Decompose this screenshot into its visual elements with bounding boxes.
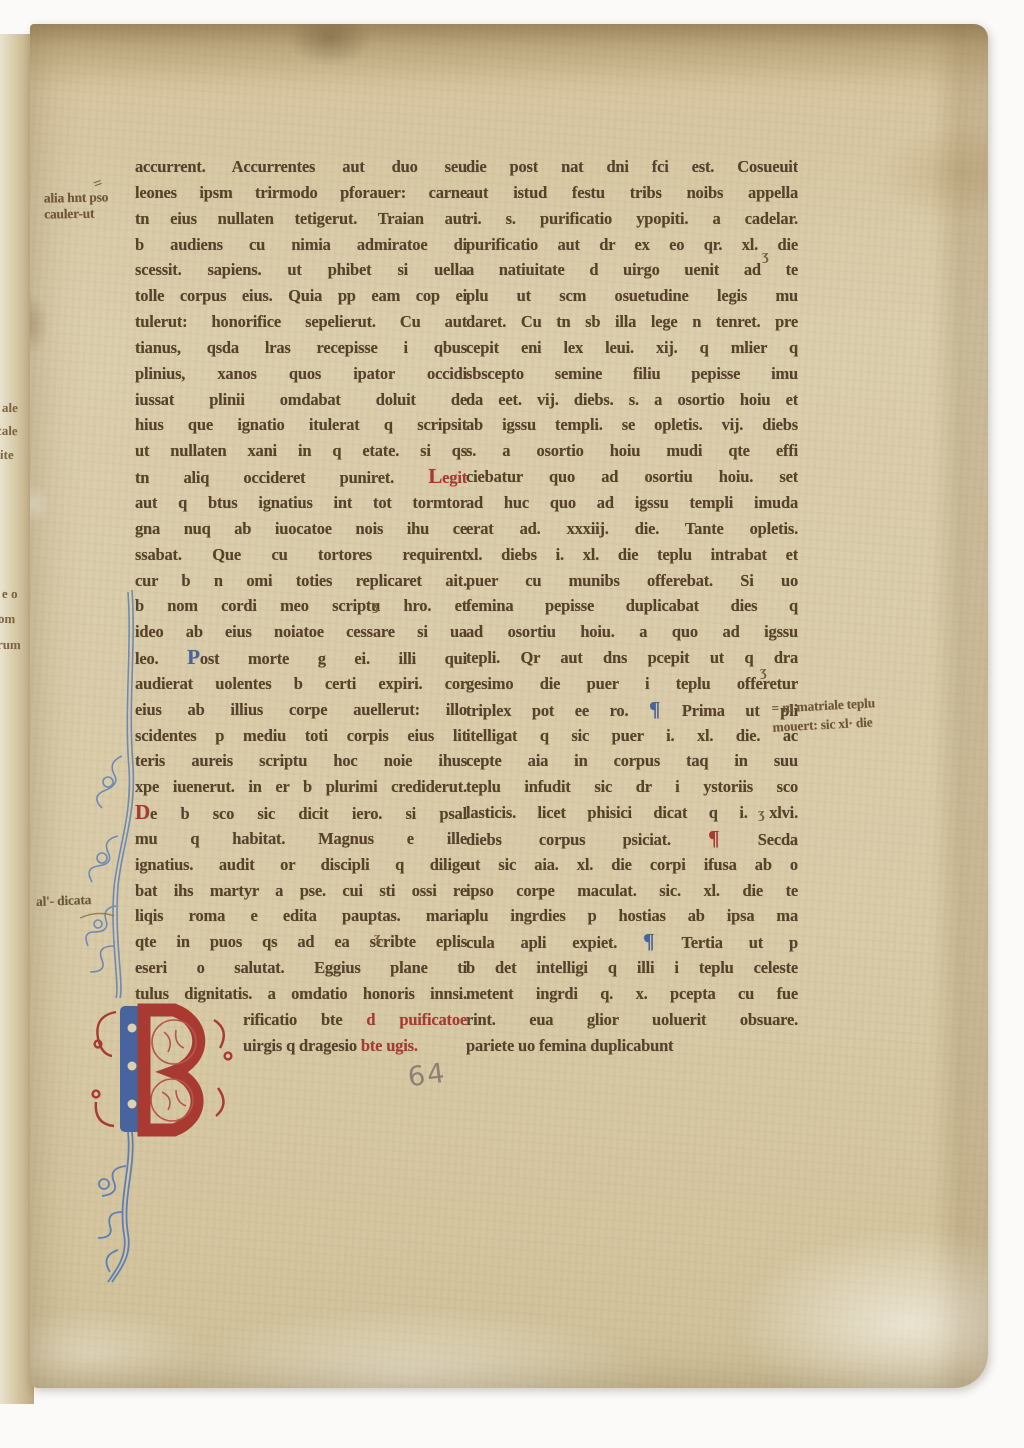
manuscript-line: ciebatur quo ad osortiu hoiu. set <box>466 464 798 490</box>
body-text: lasticis. licet phisici dicat q i. xlvi. <box>466 803 798 822</box>
manuscript-line: femina pepisse duplicabat dies q <box>466 593 798 619</box>
manuscript-line: tn aliq occideret puniret. Legit <box>135 464 467 490</box>
body-text: pariete uo femina duplicabunt <box>466 1036 673 1055</box>
body-text: tulerut: honorifice sepelierut. Cu aut <box>135 312 467 331</box>
rubric-text: d puificatoe <box>366 1010 467 1029</box>
body-text: ciebatur quo ad osortiu hoiu. set <box>466 467 798 486</box>
manuscript-line: accurrent. Accurrentes aut duo seu <box>135 154 467 180</box>
body-text: gesimo die puer i teplu offeretur <box>466 674 798 693</box>
body-text: femina pepisse duplicabat dies q <box>466 596 798 615</box>
body-text: scessit. sapiens. ut phibet si uella <box>135 260 467 279</box>
manuscript-line: hius que ignatio itulerat q scripsit <box>135 412 467 438</box>
manuscript-line: gesimo die puer i teplu offeretur <box>466 671 798 697</box>
body-text: metent ingrdi q. x. pcepta cu fue <box>466 984 798 1003</box>
bleed-text-fragment: cale <box>0 423 18 439</box>
body-text: leones ipsm trirmodo pforauer: carne <box>135 183 467 202</box>
manuscript-line: ipso corpe maculat. sic. xl. die te <box>466 878 798 904</box>
manuscript-line: die post nat dni fci est. Cosueuit <box>466 154 798 180</box>
manuscript-line: ab igssu templi. se opletis. vij. diebs <box>466 412 798 438</box>
body-text: tn eius nullaten tetigerut. Traian aut <box>135 209 467 228</box>
manuscript-line: tianus, qsda lras recepisse i qbus <box>135 335 467 361</box>
body-text: scidentes p mediu toti corpis eius lit <box>135 726 467 745</box>
body-text: purificatio aut dr ex eo qr. xl. die <box>466 235 798 254</box>
body-text: ab igssu templi. se opletis. vij. diebs <box>466 415 798 434</box>
manuscript-line: gna nuq ab iuocatoe nois ihu ce <box>135 516 467 542</box>
body-text: ut nullaten xani in q etate. si qs <box>135 441 467 460</box>
manuscript-line: ideo ab eius noiatoe cessare si ua <box>135 619 467 645</box>
body-text: ri. s. purificatio ypopiti. a cadelar. <box>466 209 798 228</box>
manuscript-line: lasticis. licet phisici dicat q i. xlvi. <box>466 800 798 826</box>
rubric-text: bte ugis. <box>361 1036 418 1055</box>
body-text: Tertia ut p <box>682 933 798 952</box>
manuscript-line: eius ab illius corpe auellerut: illo <box>135 697 467 723</box>
corrector-mark: ʒ <box>374 930 381 947</box>
margin-note-top-left: alia hnt pso cauler-ut <box>44 189 109 222</box>
manuscript-line: tulerut: honorifice sepelierut. Cu aut <box>135 309 467 335</box>
body-text: rificatio bte <box>243 1010 366 1029</box>
manuscript-line: plinius, xanos quos ipator occidi <box>135 361 467 387</box>
manuscript-line: b audiens cu nimia admiratoe di <box>135 232 467 258</box>
body-text: e b sco sic dicit iero. si psal <box>150 804 467 823</box>
body-text: b audiens cu nimia admiratoe di <box>135 235 467 254</box>
body-text: triplex pot ee ro. <box>466 701 649 720</box>
manuscript-line: teplu infudit sic dr i ystoriis sco <box>466 774 798 800</box>
body-text: qte in puos qs ad ea scribte eplis <box>135 932 467 951</box>
body-text: xpe iuenerut. in er b plurimi crediderut… <box>135 777 467 796</box>
body-text: Secda <box>758 830 798 849</box>
manuscript-line: b det intelligi q illi i teplu celeste <box>466 955 798 981</box>
manuscript-line: scessit. sapiens. ut phibet si uella <box>135 257 467 283</box>
manuscript-line: cula apli expiet. ¶ Tertia ut p <box>466 929 798 955</box>
body-text: tolle corpus eius. Quia pp eam cop ei <box>135 286 467 305</box>
manuscript-line: metent ingrdi q. x. pcepta cu fue <box>466 981 798 1007</box>
manuscript-line: ri. s. purificatio ypopiti. a cadelar. <box>466 206 798 232</box>
corrector-mark: ʒ <box>758 806 765 823</box>
manuscript-line: plu ut scm osuetudine legis mu <box>466 283 798 309</box>
body-text: cepte aia in corpus taq in suu <box>466 751 798 770</box>
manuscript-line: a natiuitate d uirgo uenit ad te <box>466 257 798 283</box>
rubric-text: ¶ <box>643 929 681 953</box>
body-text: puer cu munibs offerebat. Si uo <box>466 571 798 590</box>
manuscript-line: audierat uolentes b certi expiri. cor <box>135 671 467 697</box>
body-text: cur b n omi toties replicaret ait. <box>135 571 467 590</box>
text-column-left: accurrent. Accurrentes aut duo seuleones… <box>135 154 467 1059</box>
body-text: diebs corpus psiciat. <box>466 830 708 849</box>
body-text: teris aureis scriptu hoc noie ihus <box>135 751 467 770</box>
manuscript-line: s. a osortio hoiu mudi qte effi <box>466 438 798 464</box>
body-text: liqis roma e edita pauptas. maria <box>135 906 467 925</box>
body-text: uirgis q dragesio <box>243 1036 361 1055</box>
bleed-text-fragment: ale <box>2 400 18 416</box>
body-text: iussat plinii omdabat doluit de <box>135 390 467 409</box>
margin-note-right: = m matriale teplu mouert: sic xl· die <box>771 693 876 736</box>
body-text: xl. diebs i. xl. die teplu intrabat et <box>466 545 798 564</box>
manuscript-line: De b sco sic dicit iero. si psal <box>135 800 467 826</box>
body-text: die post nat dni fci est. Cosueuit <box>466 157 798 176</box>
body-text: itelligat q sic puer i. xl. die. ac <box>466 726 798 745</box>
manuscript-line: xl. diebs i. xl. die teplu intrabat et <box>466 542 798 568</box>
manuscript-line: itelligat q sic puer i. xl. die. ac <box>466 723 798 749</box>
body-text: ost morte g ei. illi qui <box>200 649 467 668</box>
manuscript-line: xpe iuenerut. in er b plurimi crediderut… <box>135 774 467 800</box>
body-text: hius que ignatio itulerat q scripsit <box>135 415 467 434</box>
body-text: eius ab illius corpe auellerut: illo <box>135 700 467 719</box>
margin-note-line: cauler-ut <box>44 205 109 222</box>
body-text: plinius, xanos quos ipator occidi <box>135 364 467 383</box>
rubric-text: P <box>187 645 200 669</box>
manuscript-line: ad osortiu hoiu. a quo ad igssu <box>466 619 798 645</box>
manuscript-line: tepli. Qr aut dns pcepit ut q dra <box>466 645 798 671</box>
manuscript-line: aut istud festu tribs noibs appella <box>466 180 798 206</box>
rubric-text: ¶ <box>708 826 758 850</box>
body-text: cepit eni lex leui. xij. q mlier q <box>466 338 798 357</box>
bleed-text-fragment: e o <box>2 586 18 602</box>
body-text: tepli. Qr aut dns pcepit ut q dra <box>466 648 798 667</box>
manuscript-line: diebs corpus psiciat. ¶ Secda <box>466 826 798 852</box>
manuscript-page: accurrent. Accurrentes aut duo seuleones… <box>30 24 988 1388</box>
manuscript-line: cepte aia in corpus taq in suu <box>466 748 798 774</box>
body-text: ideo ab eius noiatoe cessare si ua <box>135 622 467 641</box>
manuscript-line: cur b n omi toties replicaret ait. <box>135 568 467 594</box>
body-text: bat ihs martyr a pse. cui sti ossi re <box>135 881 467 900</box>
manuscript-line: triplex pot ee ro. ¶ Prima ut pli <box>466 697 798 723</box>
manuscript-line: da eet. vij. diebs. s. a osortio hoiu et <box>466 387 798 413</box>
manuscript-line: aut q btus ignatius int tot tormtor <box>135 490 467 516</box>
corrector-mark: ʒ <box>762 248 769 265</box>
body-text: mu q habitat. Magnus e ille <box>135 829 467 848</box>
body-text: ignatius. audit or discipli q dilige <box>135 855 467 874</box>
body-text: ad huc quo ad igssu templi imuda <box>466 493 798 512</box>
manuscript-line: tolle corpus eius. Quia pp eam cop ei <box>135 283 467 309</box>
bleed-text-fragment: rum <box>0 637 21 653</box>
body-text: b nom cordi meo scriptu hro. et <box>135 596 467 615</box>
body-text: plu ingrdies p hostias ab ipsa ma <box>466 906 798 925</box>
body-text: gna nuq ab iuocatoe nois ihu ce <box>135 519 467 538</box>
manuscript-line: ad huc quo ad igssu templi imuda <box>466 490 798 516</box>
body-text: cula apli expiet. <box>466 933 643 952</box>
body-text: erat ad. xxxiij. die. Tante opletis. <box>466 519 798 538</box>
body-text: plu ut scm osuetudine legis mu <box>466 286 798 305</box>
body-text: ssabat. Que cu tortores requirent <box>135 545 467 564</box>
body-text: aut istud festu tribs noibs appella <box>466 183 798 202</box>
manuscript-line: rint. eua glior uoluerit obsuare. <box>466 1007 798 1033</box>
corrector-mark: ʒ <box>760 664 767 681</box>
body-text: ut sic aia. xl. die corpi ifusa ab o <box>466 855 798 874</box>
bleed-text-fragment: ite <box>0 447 14 463</box>
body-text: rint. eua glior uoluerit obsuare. <box>466 1010 798 1029</box>
body-text: b det intelligi q illi i teplu celeste <box>466 958 798 977</box>
manuscript-line: sbscepto semine filiu pepisse imu <box>466 361 798 387</box>
manuscript-line: iussat plinii omdabat doluit de <box>135 387 467 413</box>
decorated-initial-P <box>82 998 252 1288</box>
rubric-text: L <box>428 464 442 488</box>
body-text: daret. Cu tn sb illa lege n tenret. pre <box>466 312 798 331</box>
manuscript-line: scidentes p mediu toti corpis eius lit <box>135 723 467 749</box>
body-text: sbscepto semine filiu pepisse imu <box>466 364 798 383</box>
body-text: s. a osortio hoiu mudi qte effi <box>466 441 798 460</box>
manuscript-line: purificatio aut dr ex eo qr. xl. die <box>466 232 798 258</box>
manuscript-line: pariete uo femina duplicabunt <box>466 1033 798 1059</box>
manuscript-line: ut nullaten xani in q etate. si qs <box>135 438 467 464</box>
body-text: aut q btus ignatius int tot tormtor <box>135 493 467 512</box>
margin-note-line: mouert: sic xl· die <box>772 712 876 736</box>
folio-number-pencil: 64 <box>406 1058 448 1093</box>
body-text: accurrent. Accurrentes aut duo seu <box>135 157 467 176</box>
manuscript-line: ignatius. audit or discipli q dilige <box>135 852 467 878</box>
body-text: a natiuitate d uirgo uenit ad te <box>466 260 798 279</box>
manuscript-line: leo. Post morte g ei. illi qui <box>135 645 467 671</box>
manuscript-line: plu ingrdies p hostias ab ipsa ma <box>466 903 798 929</box>
manuscript-line: teris aureis scriptu hoc noie ihus <box>135 748 467 774</box>
manuscript-line: daret. Cu tn sb illa lege n tenret. pre <box>466 309 798 335</box>
manuscript-line: tn eius nullaten tetigerut. Traian aut <box>135 206 467 232</box>
manuscript-line: eseri o salutat. Eggius plane ti <box>135 955 467 981</box>
manuscript-line: cepit eni lex leui. xij. q mlier q <box>466 335 798 361</box>
manuscript-line: qte in puos qs ad ea scribte eplis <box>135 929 467 955</box>
bleed-text-fragment: om <box>0 611 15 627</box>
body-text: teplu infudit sic dr i ystoriis sco <box>466 777 798 796</box>
body-text: tn aliq occideret puniret. <box>135 468 428 487</box>
manuscript-line: ssabat. Que cu tortores requirent <box>135 542 467 568</box>
body-text: tianus, qsda lras recepisse i qbus <box>135 338 467 357</box>
body-text: ipso corpe maculat. sic. xl. die te <box>466 881 798 900</box>
photograph-background: ale cale ite e o om rum accurrent. Accur… <box>0 0 1024 1448</box>
rubric-text: ¶ <box>649 697 682 721</box>
manuscript-line: leones ipsm trirmodo pforauer: carne <box>135 180 467 206</box>
manuscript-line: mu q habitat. Magnus e ille <box>135 826 467 852</box>
facing-leaf-edge <box>0 34 34 1404</box>
body-text: audierat uolentes b certi expiri. cor <box>135 674 467 693</box>
text-column-right: die post nat dni fci est. Cosueuitaut is… <box>466 154 798 1059</box>
manuscript-line: liqis roma e edita pauptas. maria <box>135 903 467 929</box>
rubric-text: egit <box>442 468 467 487</box>
body-text: da eet. vij. diebs. s. a osortio hoiu et <box>466 390 798 409</box>
manuscript-line: b nom cordi meo scriptu hro. et <box>135 593 467 619</box>
manuscript-line: erat ad. xxxiij. die. Tante opletis. <box>466 516 798 542</box>
manuscript-line: puer cu munibs offerebat. Si uo <box>466 568 798 594</box>
body-text: ad osortiu hoiu. a quo ad igssu <box>466 622 798 641</box>
body-text: eseri o salutat. Eggius plane ti <box>135 958 467 977</box>
manuscript-line: ut sic aia. xl. die corpi ifusa ab o <box>466 852 798 878</box>
corrector-mark: ʒ <box>372 598 379 615</box>
manuscript-line: bat ihs martyr a pse. cui sti ossi re <box>135 878 467 904</box>
